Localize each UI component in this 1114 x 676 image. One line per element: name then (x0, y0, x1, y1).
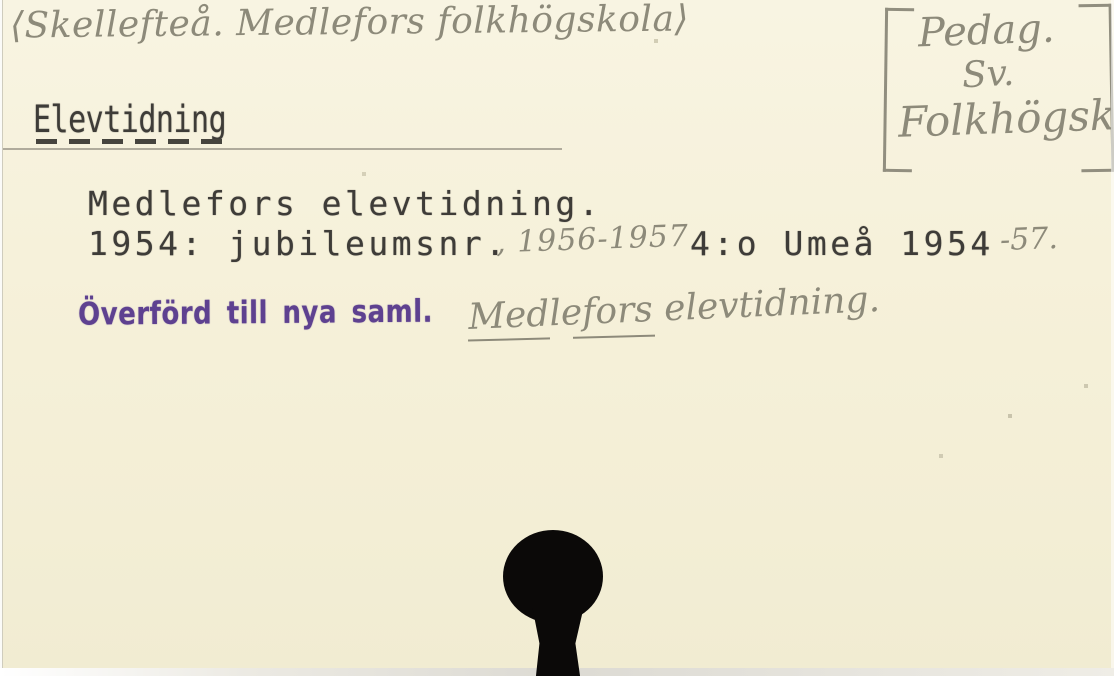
body-line-2-typed-a: 1954: jubileumsnr. (88, 224, 509, 263)
body-line-2-pencil-addition-b: -57. (999, 221, 1058, 258)
body-line-1: Medlefors elevtidning. (88, 184, 602, 223)
body-line-2-typed-b: 4:o Umeå 1954 (690, 224, 994, 263)
title-rule-line (0, 148, 562, 150)
corner-note-line-3: Folkhögsk (897, 90, 1114, 147)
body-line-2-pencil-addition-a: , 1956-1957 (495, 219, 689, 261)
stamp-annotation: Medlefors elevtidning. (467, 279, 880, 338)
punch-hole-stem (529, 608, 587, 676)
corner-note-line-1: Pedag. (917, 6, 1055, 57)
card-title: Elevtidning (33, 98, 226, 142)
pencil-heading: ⟨Skellefteå. Medlefors folkhögskola⟩ (10, 0, 689, 47)
transfer-stamp: Överförd till nya saml. (78, 294, 433, 333)
title-dashed-underline (36, 139, 230, 144)
scan-edge-left (0, 0, 4, 676)
corner-bracket-right-icon (1079, 4, 1114, 173)
corner-bracket-left-icon (883, 8, 914, 172)
corner-note-line-2: Sv. (961, 53, 1015, 97)
catalog-card-scan: ⟨Skellefteå. Medlefors folkhögskola⟩ Ped… (0, 0, 1114, 676)
